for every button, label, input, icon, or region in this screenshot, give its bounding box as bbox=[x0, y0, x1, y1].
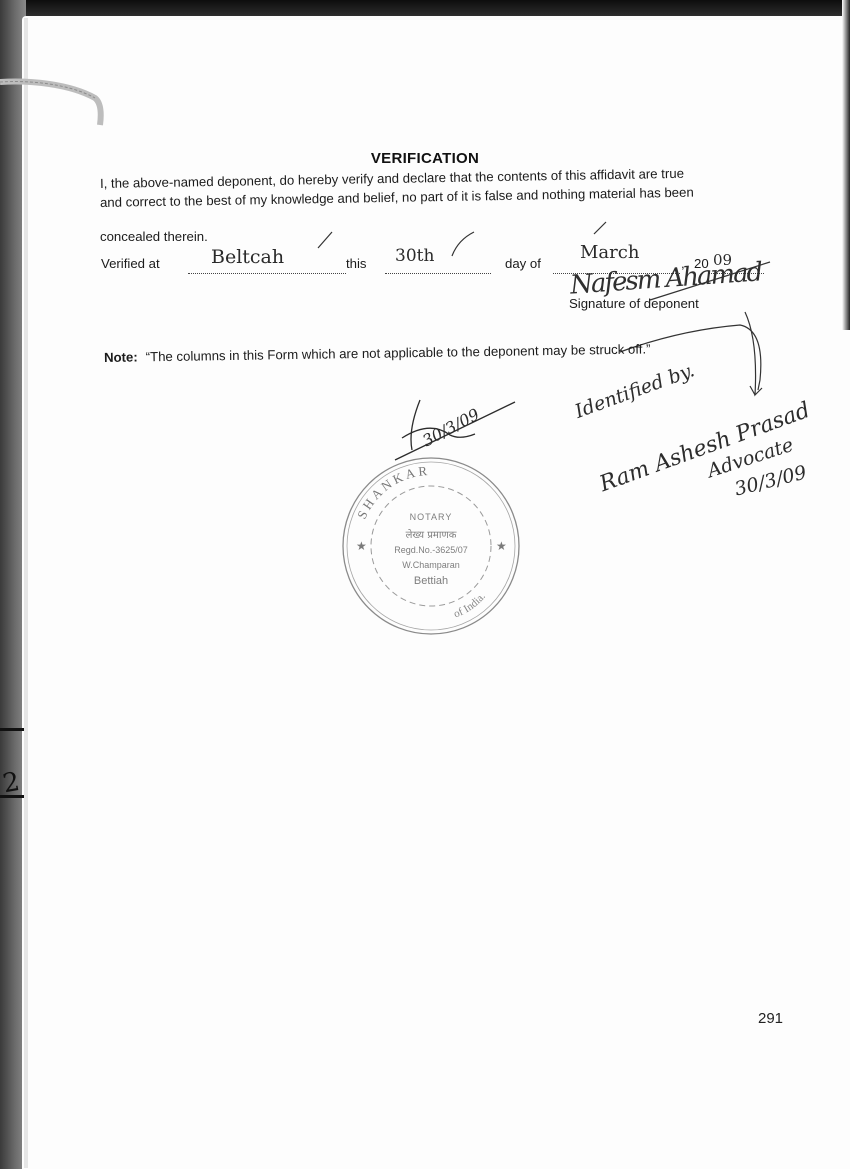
signature-label: Signature of deponent bbox=[569, 296, 699, 311]
page-number: 291 bbox=[758, 1010, 783, 1027]
svg-text:of India.: of India. bbox=[452, 590, 488, 620]
notary-stamp: ★ ★ SHANKAR of India. NOTARY लेख्य प्रमा… bbox=[340, 455, 522, 637]
stamp-district: W.Champaran bbox=[340, 560, 522, 570]
stamp-city: Bettiah bbox=[340, 575, 522, 587]
tick-marks bbox=[0, 0, 850, 400]
stamp-title: NOTARY bbox=[340, 512, 522, 522]
stamp-hindi: लेख्य प्रमाणक bbox=[340, 527, 522, 541]
stamp-arc-bottom: of India. bbox=[452, 590, 488, 620]
stamp-regd: Regd.No.-3625/07 bbox=[340, 545, 522, 555]
binding-mark-line bbox=[0, 728, 24, 731]
note-label: Note: bbox=[104, 349, 138, 365]
